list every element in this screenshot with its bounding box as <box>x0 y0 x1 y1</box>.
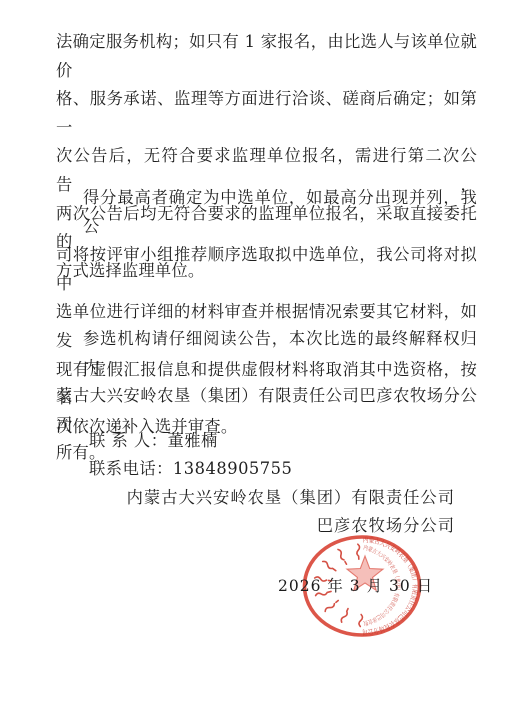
contact-phone-label: 联系电话： <box>89 459 173 478</box>
contact-phone-line: 联系电话：13848905755 <box>89 458 292 480</box>
signature-date: 2026 年 3 月 30 日 <box>278 574 433 596</box>
body-line: 格、服务承诺、监理等方面进行洽谈、磋商后确定；如第一 <box>56 85 477 142</box>
body-line: 参选机构请仔细阅读公告，本次比选的最终解释权归内 <box>56 325 477 382</box>
contact-person-name: 董雅楠 <box>167 431 217 450</box>
contact-phone-number: 13848905755 <box>173 459 292 478</box>
body-line: 得分最高者确定为中选单位，如最高分出现并列，我公 <box>56 184 477 241</box>
contact-person-line: 联 系 人：董雅楠 <box>89 430 218 452</box>
signature-company-line: 内蒙古大兴安岭农垦（集团）有限责任公司 <box>127 487 455 509</box>
contact-person-label: 联 系 人： <box>89 431 167 450</box>
body-line: 司将按评审小组推荐顺序选取拟中选单位，我公司将对拟中 <box>56 241 477 298</box>
body-line: 法确定服务机构；如只有 1 家报名，由比选人与该单位就价 <box>56 28 477 85</box>
announcement-page: 法确定服务机构；如只有 1 家报名，由比选人与该单位就价 格、服务承诺、监理等方… <box>0 0 532 707</box>
